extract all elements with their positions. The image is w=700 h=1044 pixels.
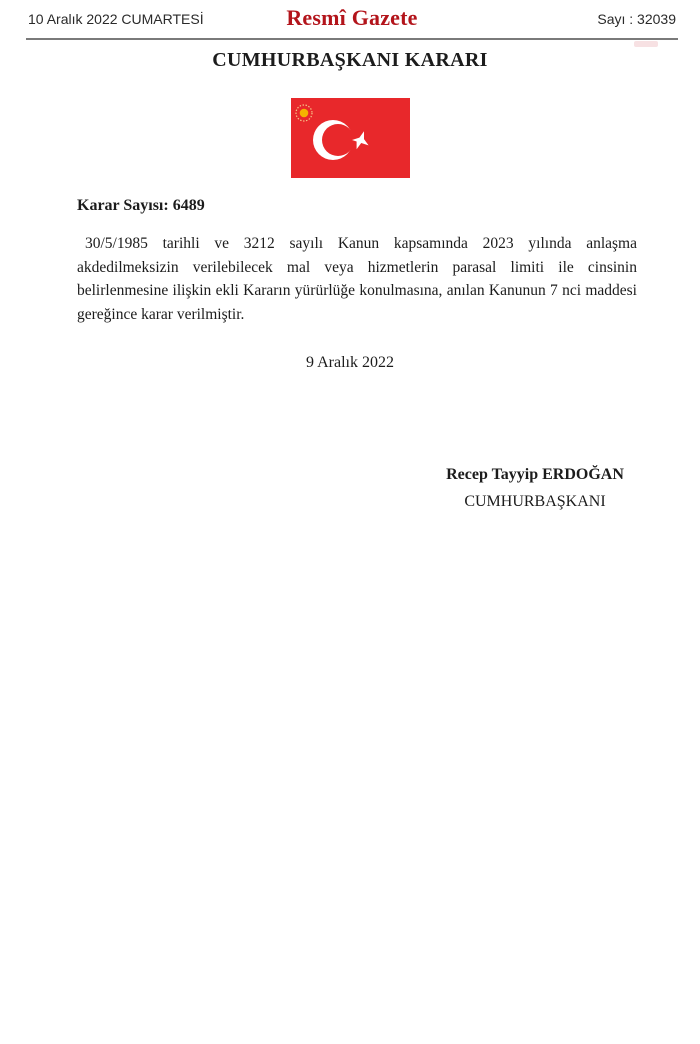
signatory-title: CUMHURBAŞKANI <box>420 493 650 511</box>
signing-date: 9 Aralık 2022 <box>0 354 700 372</box>
document-heading: CUMHURBAŞKANI KARARI <box>0 49 700 72</box>
signatory-name: Recep Tayyip ERDOĞAN <box>420 466 650 484</box>
watermark-mark <box>634 41 658 47</box>
gazette-header: 10 Aralık 2022 CUMARTESİ Resmî Gazete Sa… <box>26 0 678 40</box>
decision-body: 30/5/1985 tarihli ve 3212 sayılı Kanun k… <box>77 232 637 326</box>
gazette-title: Resmî Gazete <box>26 5 678 31</box>
turkish-flag-with-presidential-seal-icon <box>291 98 410 178</box>
decision-body-paragraph: 30/5/1985 tarihli ve 3212 sayılı Kanun k… <box>77 232 637 326</box>
decision-number: Karar Sayısı: 6489 <box>77 197 205 215</box>
issue-number: Sayı : 32039 <box>597 11 676 27</box>
